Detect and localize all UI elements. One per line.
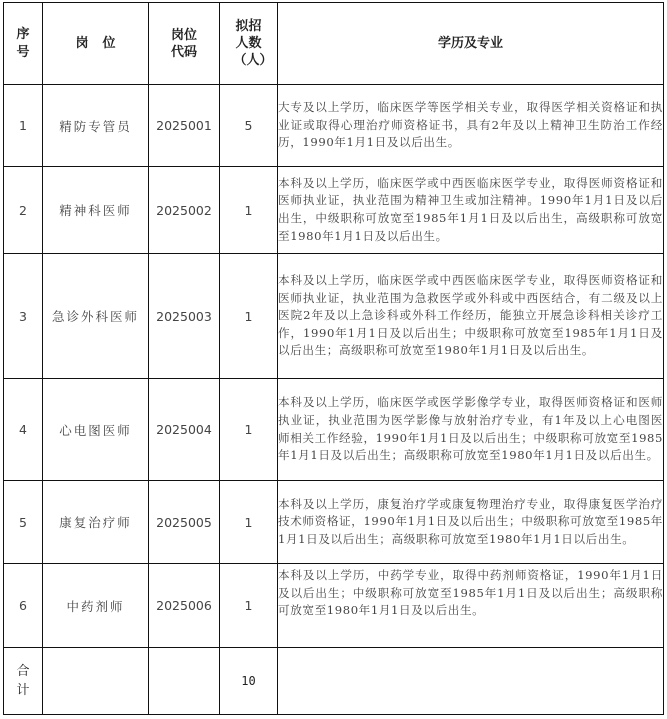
row-seq: 4 [4, 379, 43, 481]
row-position: 急诊外科医师 [43, 254, 149, 379]
row-position: 精神科医师 [43, 167, 149, 254]
row-count: 1 [220, 167, 278, 254]
row-seq: 2 [4, 167, 43, 254]
row-count: 5 [220, 85, 278, 167]
row-position: 心电图医师 [43, 379, 149, 481]
row-count: 1 [220, 379, 278, 481]
recruitment-table: 序号 岗位 岗位代码 拟招人数（人） 学历及专业 1 精防专管员 2025001… [3, 2, 664, 715]
total-row: 合计 10 [4, 648, 664, 715]
row-seq: 3 [4, 254, 43, 379]
row-seq: 6 [4, 564, 43, 648]
row-seq: 5 [4, 481, 43, 564]
row-code: 2025003 [149, 254, 220, 379]
row-requirements: 本科及以上学历，临床医学或医学影像学专业，取得医师资格证和医师执业证，执业范围为… [278, 379, 664, 481]
row-requirements: 本科及以上学历，康复治疗学或康复物理治疗专业，取得康复医学治疗技术师资格证，19… [278, 481, 664, 564]
row-code: 2025001 [149, 85, 220, 167]
total-count: 10 [220, 648, 278, 715]
row-position: 中药剂师 [43, 564, 149, 648]
table-row: 1 精防专管员 2025001 5 大专及以上学历，临床医学等医学相关专业，取得… [4, 85, 664, 167]
row-code: 2025005 [149, 481, 220, 564]
row-count: 1 [220, 564, 278, 648]
row-requirements: 大专及以上学历，临床医学等医学相关专业，取得医学相关资格证和执业证或取得心理治疗… [278, 85, 664, 167]
table-row: 6 中药剂师 2025006 1 本科及以上学历，中药学专业，取得中药剂师资格证… [4, 564, 664, 648]
header-count: 拟招人数（人） [220, 3, 278, 85]
row-seq: 1 [4, 85, 43, 167]
row-requirements: 本科及以上学历，临床医学或中西医临床医学专业，取得医师资格证和医师执业证，执业范… [278, 254, 664, 379]
total-label: 合计 [4, 648, 43, 715]
row-requirements: 本科及以上学历，中药学专业，取得中药剂师资格证，1990年1月1日及以后出生；中… [278, 564, 664, 648]
row-count: 1 [220, 481, 278, 564]
table-row: 5 康复治疗师 2025005 1 本科及以上学历，康复治疗学或康复物理治疗专业… [4, 481, 664, 564]
table-row: 3 急诊外科医师 2025003 1 本科及以上学历，临床医学或中西医临床医学专… [4, 254, 664, 379]
total-position [43, 648, 149, 715]
row-position: 康复治疗师 [43, 481, 149, 564]
table-row: 4 心电图医师 2025004 1 本科及以上学历，临床医学或医学影像学专业，取… [4, 379, 664, 481]
header-row: 序号 岗位 岗位代码 拟招人数（人） 学历及专业 [4, 3, 664, 85]
row-code: 2025004 [149, 379, 220, 481]
header-requirements: 学历及专业 [278, 3, 664, 85]
row-position: 精防专管员 [43, 85, 149, 167]
header-seq: 序号 [4, 3, 43, 85]
row-code: 2025006 [149, 564, 220, 648]
row-code: 2025002 [149, 167, 220, 254]
total-code [149, 648, 220, 715]
total-requirements [278, 648, 664, 715]
header-code: 岗位代码 [149, 3, 220, 85]
row-requirements: 本科及以上学历，临床医学或中西医临床医学专业，取得医师资格证和医师执业证，执业范… [278, 167, 664, 254]
row-count: 1 [220, 254, 278, 379]
header-position: 岗位 [43, 3, 149, 85]
table-row: 2 精神科医师 2025002 1 本科及以上学历，临床医学或中西医临床医学专业… [4, 167, 664, 254]
